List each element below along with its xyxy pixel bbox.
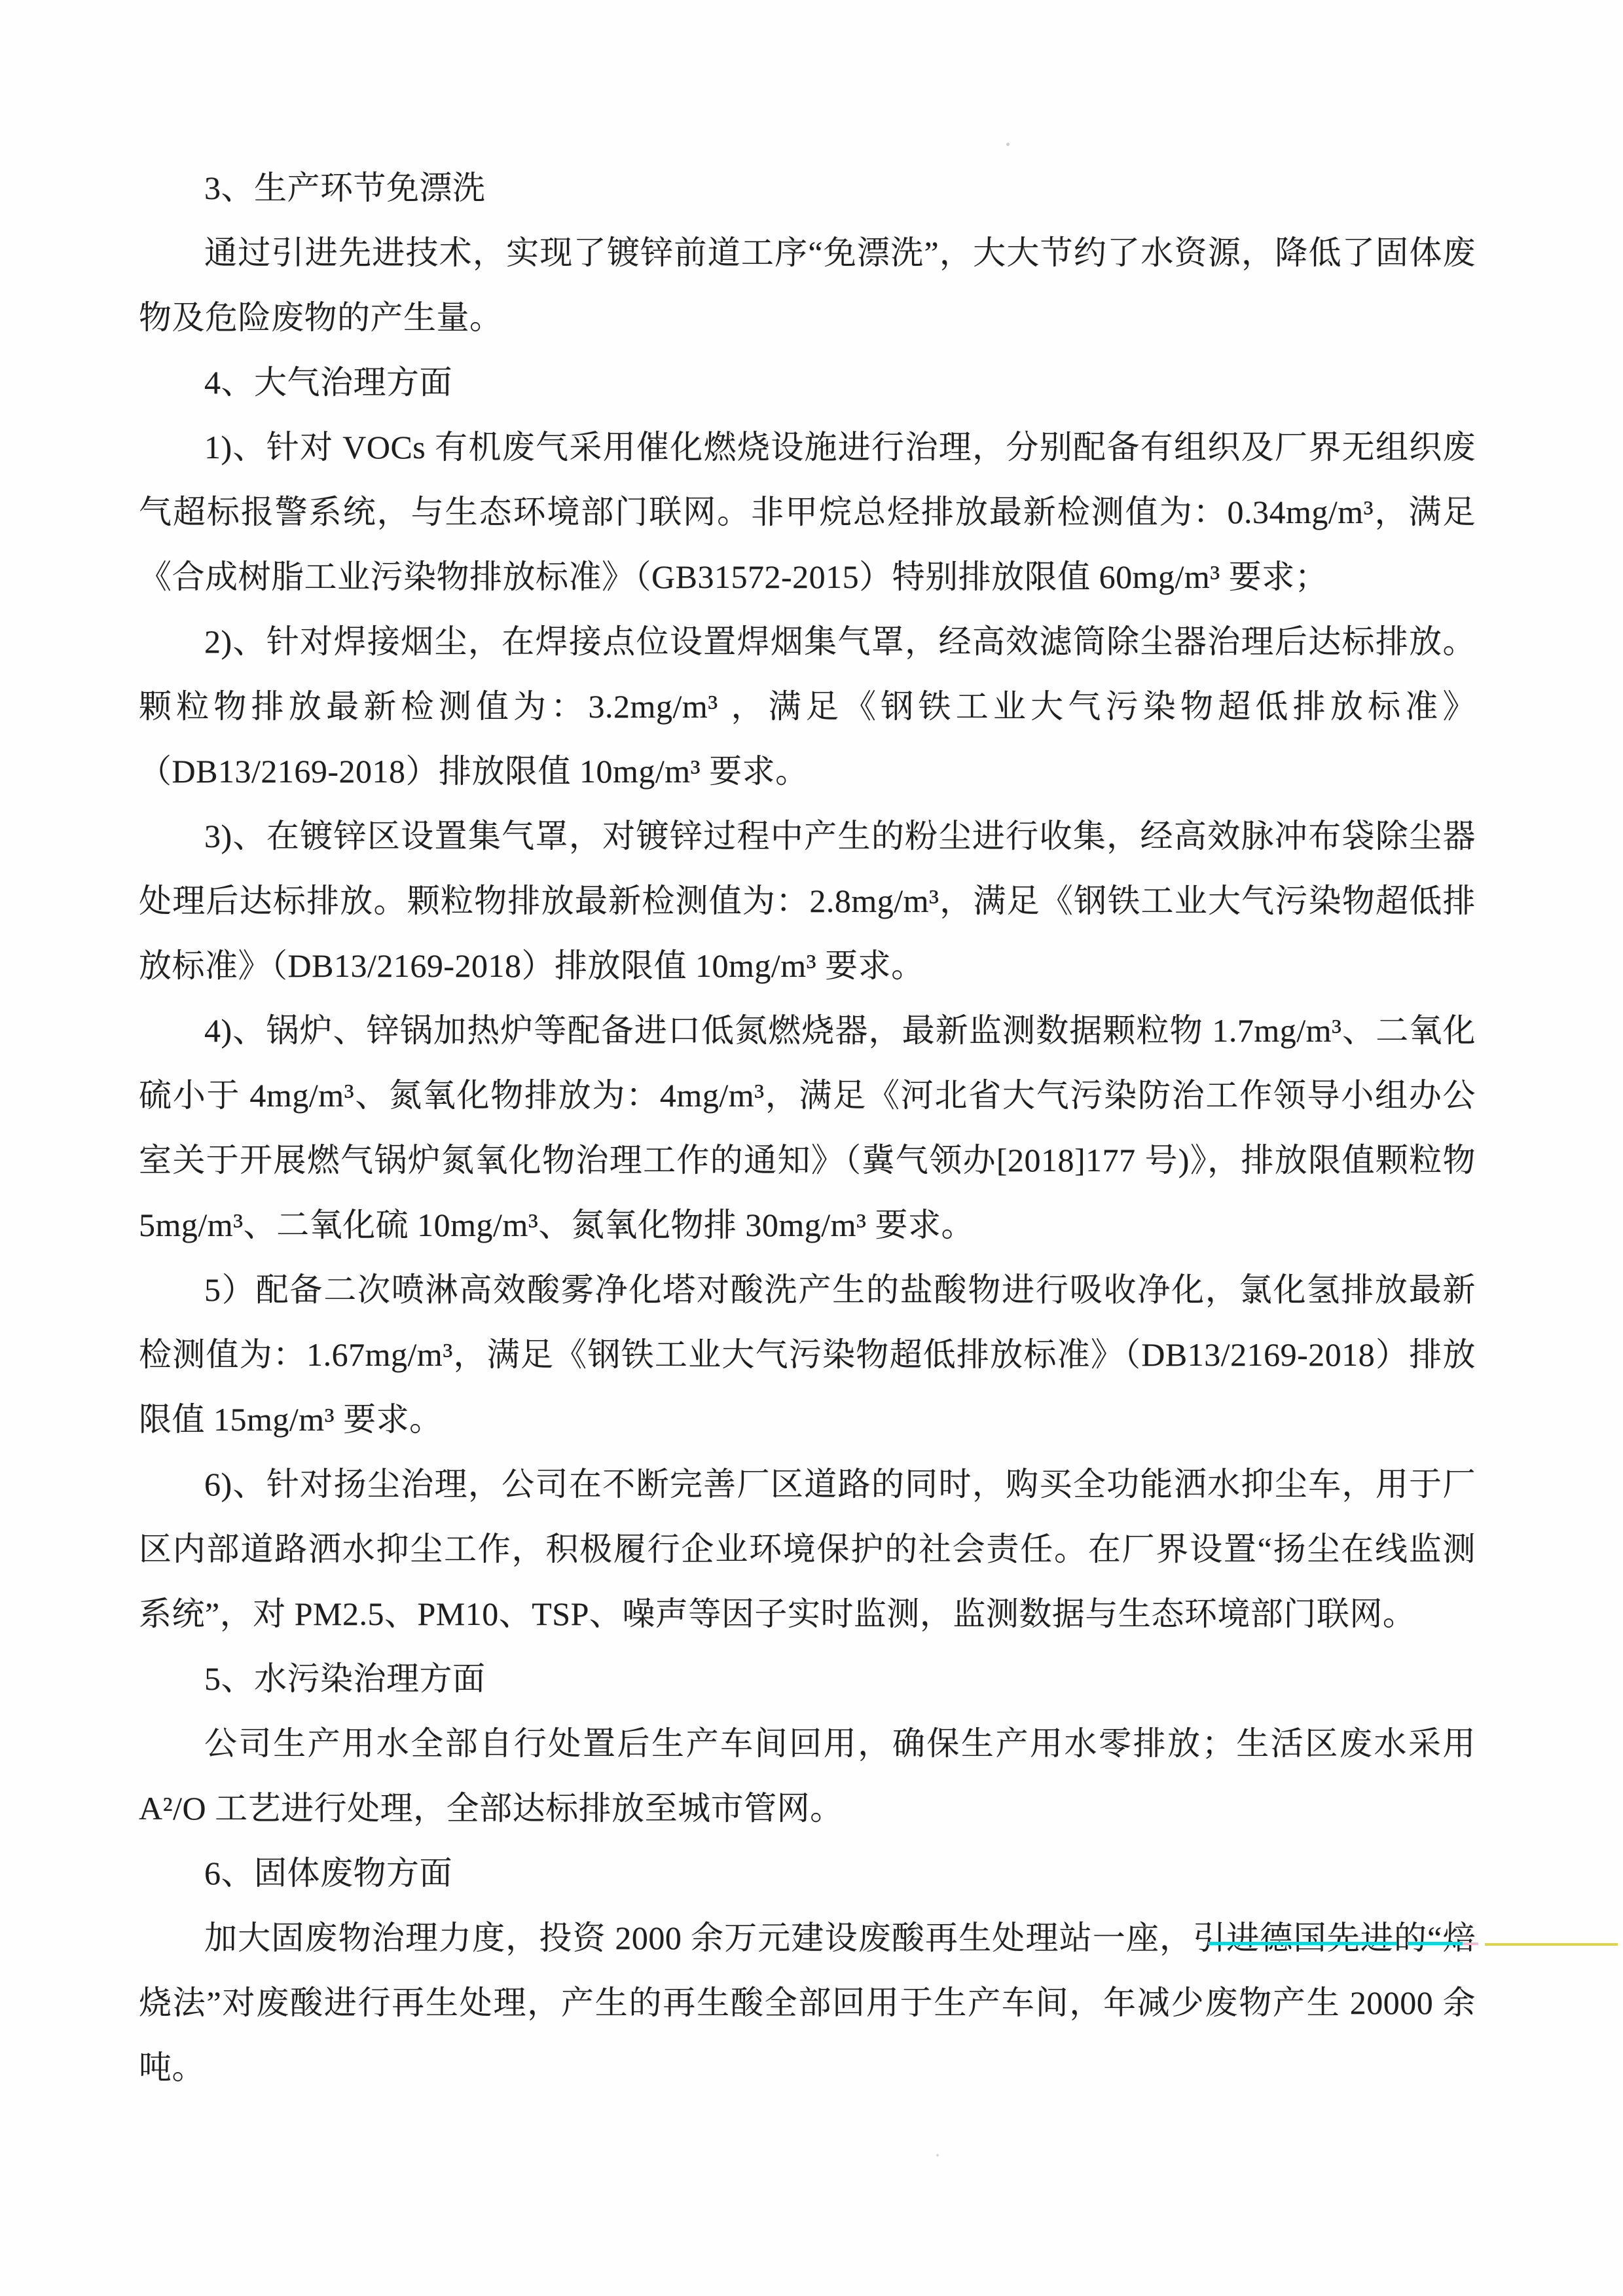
scanned-document-page: 3、生产环节免漂洗 通过引进先进技术，实现了镀锌前道工序“免漂洗”，大大节约了水… — [0, 0, 1623, 2296]
section-heading-3: 3、生产环节免漂洗 — [139, 156, 1476, 221]
paragraph-acid-mist: 5）配备二次喷淋高效酸雾净化塔对酸洗产生的盐酸物进行吸收净化，氯化氢排放最新检测… — [139, 1258, 1476, 1452]
paragraph-solid-waste: 加大固废物治理力度，投资 2000 余万元建设废酸再生处理站一座，引进德国先进的… — [139, 1906, 1476, 2100]
scan-speck — [289, 1937, 293, 1940]
highlight-streak-pink — [1463, 1942, 1478, 1945]
scan-speck — [936, 2154, 939, 2157]
document-text-block: 3、生产环节免漂洗 通过引进先进技术，实现了镀锌前道工序“免漂洗”，大大节约了水… — [139, 156, 1476, 2100]
scan-speck — [1006, 143, 1010, 146]
section-heading-6: 6、固体废物方面 — [139, 1841, 1476, 1906]
paragraph-galvanizing-dust: 3)、在镀锌区设置集气罩，对镀锌过程中产生的粉尘进行收集，经高效脉冲布袋除尘器处… — [139, 804, 1476, 998]
highlight-streak-cyan-a — [1208, 1942, 1396, 1945]
section-heading-5: 5、水污染治理方面 — [139, 1647, 1476, 1711]
paragraph-water-treatment: 公司生产用水全部自行处置后生产车间回用，确保生产用水零排放；生活区废水采用 A²… — [139, 1711, 1476, 1841]
paragraph-boiler-burners: 4)、锅炉、锌锅加热炉等配备进口低氮燃烧器，最新监测数据颗粒物 1.7mg/m³… — [139, 998, 1476, 1258]
section-heading-4: 4、大气治理方面 — [139, 350, 1476, 415]
highlight-streak-cyan-b — [1407, 1942, 1463, 1945]
highlight-streak-yellow — [1485, 1943, 1618, 1946]
paragraph-vocs: 1)、针对 VOCs 有机废气采用催化燃烧设施进行治理，分别配备有组织及厂界无组… — [139, 415, 1476, 610]
paragraph-dust-control: 6)、针对扬尘治理，公司在不断完善厂区道路的同时，购买全功能洒水抑尘车，用于厂区… — [139, 1452, 1476, 1647]
paragraph-rinse-free: 通过引进先进技术，实现了镀锌前道工序“免漂洗”，大大节约了水资源，降低了固体废物… — [139, 221, 1476, 350]
paragraph-welding-fume: 2)、针对焊接烟尘，在焊接点位设置焊烟集气罩，经高效滤筒除尘器治理后达标排放。颗… — [139, 610, 1476, 804]
